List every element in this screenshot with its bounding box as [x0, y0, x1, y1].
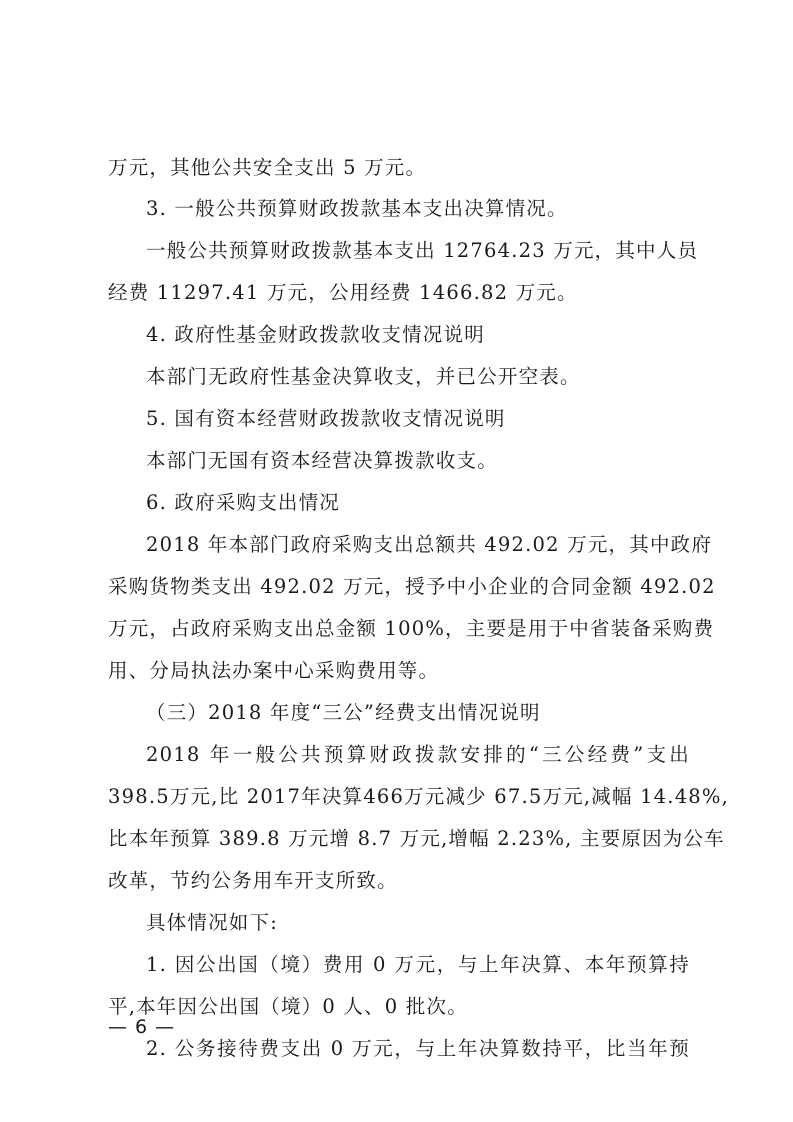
document-page: 万元，其他公共安全支出 5 万元。3. 一般公共预算财政拨款基本支出决算情况。一… — [0, 0, 793, 1122]
text-line: 本部门无国有资本经营决算拨款收支。 — [146, 448, 690, 474]
text-line: 398.5万元,比 2017年决算466万元减少 67.5万元,减幅 14.48… — [108, 784, 690, 810]
text-line: 比本年预算 389.8 万元增 8.7 万元,增幅 2.23%, 主要原因为公车 — [108, 826, 690, 852]
text-line: 万元，其他公共安全支出 5 万元。 — [108, 155, 690, 181]
text-line: 2018 年一般公共预算财政拨款安排的“三公经费”支出 — [146, 742, 690, 768]
text-line: 万元，占政府采购支出总金额 100%，主要是用于中省装备采购费 — [108, 616, 690, 642]
page-number: — 6 — — [108, 1016, 175, 1038]
text-line: 5. 国有资本经营财政拨款收支情况说明 — [146, 406, 690, 432]
text-line: 2. 公务接待费支出 0 万元，与上年决算数持平，比当年预 — [146, 1036, 690, 1062]
text-line: （三）2018 年度“三公”经费支出情况说明 — [146, 700, 690, 726]
text-line: 一般公共预算财政拨款基本支出 12764.23 万元，其中人员 — [146, 238, 690, 264]
text-line: 改革，节约公务用车开支所致。 — [108, 868, 690, 894]
text-line: 采购货物类支出 492.02 万元，授予中小企业的合同金额 492.02 — [108, 574, 690, 600]
text-line: 本部门无政府性基金决算收支，并已公开空表。 — [146, 364, 690, 390]
text-line: 3. 一般公共预算财政拨款基本支出决算情况。 — [146, 196, 690, 222]
text-line: 经费 11297.41 万元，公用经费 1466.82 万元。 — [108, 280, 690, 306]
text-line: 4. 政府性基金财政拨款收支情况说明 — [146, 322, 690, 348]
text-line: 用、分局执法办案中心采购费用等。 — [108, 658, 690, 684]
text-line: 2018 年本部门政府采购支出总额共 492.02 万元，其中政府 — [146, 532, 690, 558]
text-line: 1. 因公出国（境）费用 0 万元，与上年决算、本年预算持 — [146, 952, 690, 978]
text-line: 平,本年因公出国（境）0 人、0 批次。 — [108, 994, 690, 1020]
text-line: 6. 政府采购支出情况 — [146, 490, 690, 516]
text-line: 具体情况如下: — [146, 910, 690, 936]
